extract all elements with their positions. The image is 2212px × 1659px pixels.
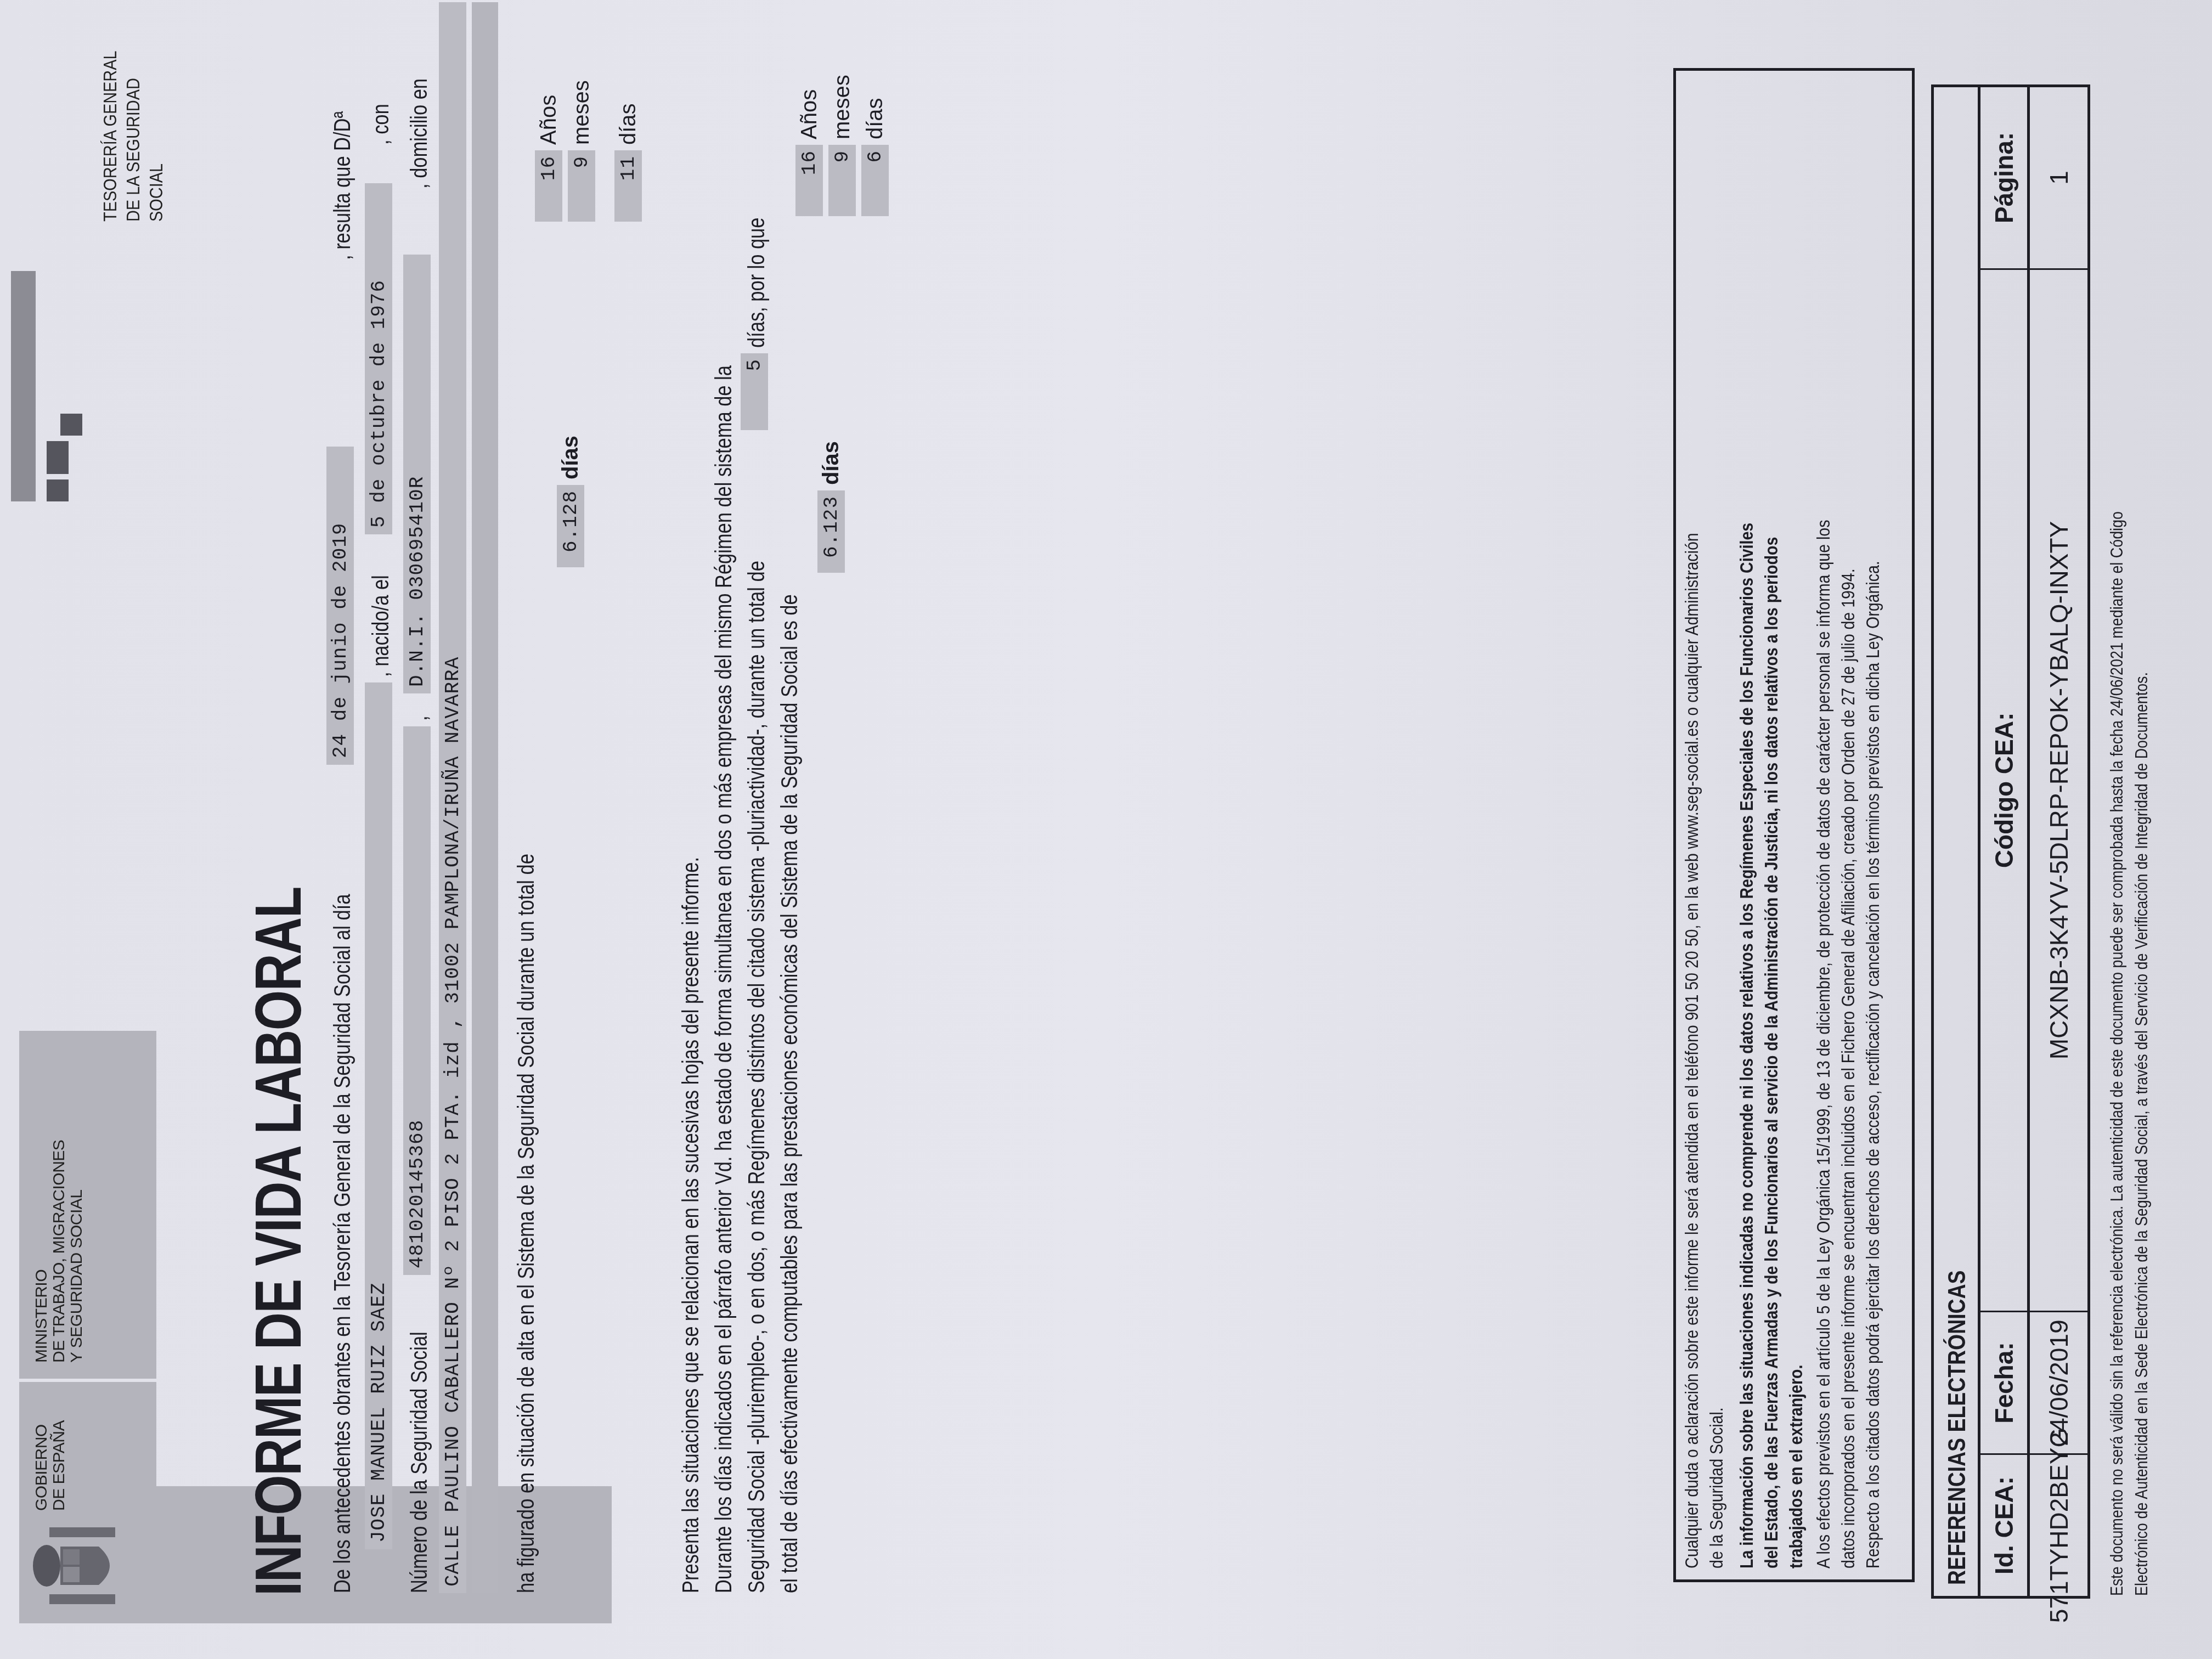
report-date-field: 24 de junio de 2019 [326,447,354,765]
id-cea-header: Id. CEA: [1978,1453,2027,1596]
notice-line-7: datos incorporados en el presente inform… [1838,568,1859,1568]
pluri-text-1: Presenta las situaciones que se relacion… [678,857,704,1593]
years-label: Años [537,95,561,145]
ministry-line-1: MINISTERIO [33,1140,50,1363]
ministry-line-2: DE TRABAJO, MIGRACIONES [50,1140,68,1363]
notice-line-3: La información sobre las situaciones ind… [1736,523,1758,1568]
total-days-field: 6.128 [557,485,584,567]
intro-text-1: De los antecedentes obrantes en la Tesor… [329,894,356,1593]
date-value: 24/06/2019 [2027,1311,2087,1453]
ministry-name: MINISTERIO DE TRABAJO, MIGRACIONES Y SEG… [33,1140,86,1363]
dni-field: D.N.I. 030695410R [403,255,431,693]
notice-line-1: Cualquier duda o aclaración sobre este i… [1681,533,1703,1568]
computable-years-field: 16 [795,145,823,216]
full-name-field: JOSE MANUEL RUIZ SAEZ [365,682,392,1549]
gov-line-2: DE ESPAÑA [50,1420,68,1511]
born-label: , nacido/a el [368,575,394,677]
pluri-text-4: el total de días efectivamente computabl… [776,594,803,1593]
footer-line-2: Electrónico de Autenticidad en la Sede E… [2131,672,2152,1596]
computable-rem-days-field: 6 [861,145,889,216]
total-days-label: días [558,436,583,479]
rem-days-label: días [616,103,641,145]
id-cea-value[interactable]: 571TYHD2BEYG [2027,1453,2087,1596]
ss-number-field: 481020145368 [403,726,431,1275]
pluri-text-3: Seguridad Social -pluriempleo-, o en dos… [743,561,770,1593]
overlap-days-field: 5 [741,353,768,430]
computable-months-field: 9 [828,145,856,216]
page-title: INFORME DE VIDA LABORAL [241,887,316,1596]
notice-box: Cualquier duda o aclaración sobre este i… [1673,68,1915,1582]
notice-line-6: A los efectos previstos en el artículo 5… [1813,520,1835,1568]
tgss-line-2: DE LA SEGURIDAD SOCIAL [122,33,168,222]
months-label: meses [569,80,594,145]
code-cea-header: Código CEA: [1978,268,2027,1311]
notice-line-5: trabajados en el extranjero. [1786,1365,1807,1568]
page-value: 1 [2027,87,2087,268]
address-field-2 [472,2,498,1593]
tgss-logo-icon [47,479,69,501]
header-divider [19,1379,156,1382]
references-heading: REFERENCIAS ELECTRÓNICAS [1944,1270,1971,1585]
years-field: 16 [535,150,562,222]
con-label: , con [368,104,394,145]
rem-days-field: 11 [614,150,642,222]
pluri-text-3-suffix: días, por lo que [743,218,770,348]
computable-days-field: 6.123 [817,490,845,573]
notice-line-2: de la Seguridad Social. [1706,1407,1728,1568]
computable-months-label: meses [830,75,855,139]
notice-line-8: Respecto a los citados datos podrá ejerc… [1863,561,1884,1568]
notice-line-4: del Estado, de las Fuerzas Armadas y de … [1761,537,1782,1568]
electronic-references-table: REFERENCIAS ELECTRÓNICAS Id. CEA: Fecha:… [1931,84,2090,1599]
tgss-logo-part [60,414,82,436]
intro-resulta: , resulta que D/Dª [329,111,356,260]
coat-of-arms-icon [27,1522,132,1610]
document-page: GOBIERNO DE ESPAÑA MINISTERIO DE TRABAJO… [0,0,2212,1659]
birth-date-field: 5 de octubre de 1976 [365,183,392,534]
tgss-logo-part [47,441,69,474]
months-field: 9 [568,150,595,222]
tgss-gray-bar [11,271,36,501]
ss-number-label: Número de la Seguridad Social [406,1331,432,1593]
ministry-line-3: Y SEGURIDAD SOCIAL [68,1140,86,1363]
computable-rem-days-label: días [863,98,888,139]
gov-name: GOBIERNO DE ESPAÑA [33,1420,68,1511]
footer-line-1: Este documento no será válido sin la ref… [2107,511,2127,1596]
pluri-text-2: Durante los días indicados en el párrafo… [710,365,737,1593]
page-header: Página: [1978,87,2027,268]
gov-line-1: GOBIERNO [33,1420,50,1511]
address-field: CALLE PAULINO CABALLERO Nº 2 PISO 2 PTA.… [439,2,466,1593]
computable-days-label: días [819,441,844,485]
alta-text: ha figurado en situación de alta en el S… [513,854,539,1593]
dni-separator: , [406,715,432,721]
domicile-label: , domicilio en [406,78,432,189]
code-cea-value[interactable]: MCXNB-3K4YV-5DLRP-REPOK-YBALQ-INXTY [2027,268,2087,1311]
tgss-name: TESORERÍA GENERAL DE LA SEGURIDAD SOCIAL [99,33,168,222]
date-header: Fecha: [1978,1311,2027,1453]
computable-years-label: Años [797,89,822,139]
tgss-line-1: TESORERÍA GENERAL [99,33,122,222]
